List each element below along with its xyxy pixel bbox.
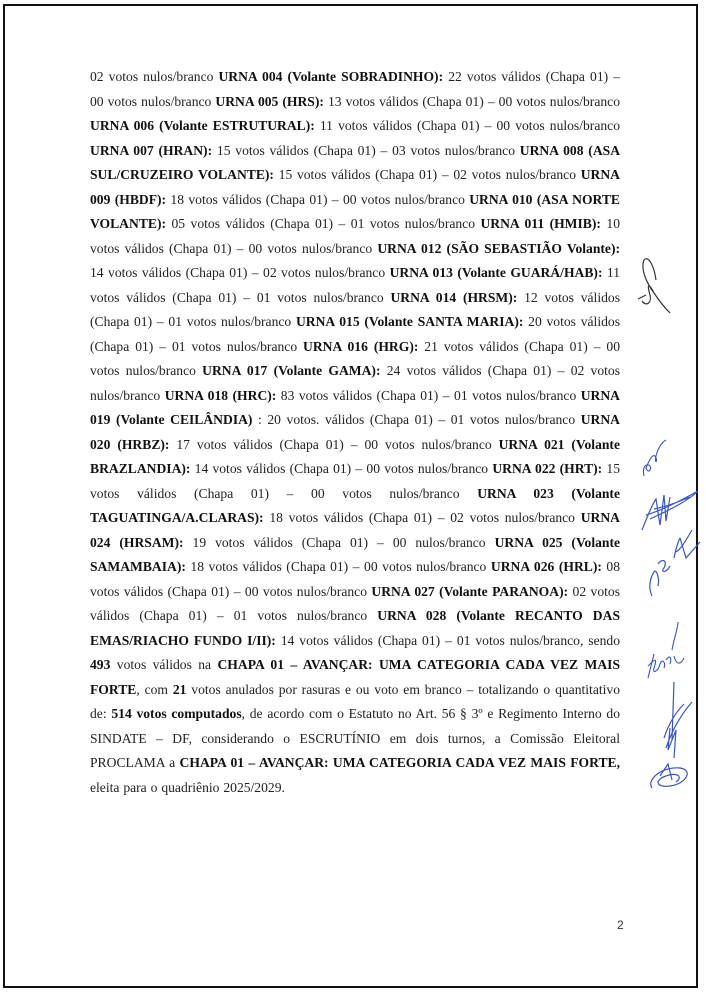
bold-run: URNA 004 (Volante SOBRADINHO): [218,69,443,84]
text-run: eleita para o quadriênio 2025/2029. [90,780,285,795]
bold-run: URNA 022 (HRT): [492,461,602,476]
bold-run: URNA 027 (Volante PARANOA): [371,584,568,599]
signature-initials-black [640,255,680,315]
text-run: 14 votos válidos (Chapa 01) – 02 votos n… [90,265,390,280]
bold-run: 493 [90,657,110,672]
bold-run: CHAPA 01 – AVANÇAR: UMA CATEGORIA CADA V… [180,755,620,770]
text-run: 02 votos nulos/branco [90,69,218,84]
bold-run: URNA 012 (SÃO SEBASTIÃO Volante): [377,241,620,256]
bold-run: 514 votos computados [111,706,241,721]
text-run: 05 votos válidos (Chapa 01) – 01 votos n… [166,216,480,231]
text-run: , com [136,682,172,697]
text-run: 17 votos válidos (Chapa 01) – 00 votos n… [169,437,498,452]
text-run: 13 votos válidos (Chapa 01) – 00 votos n… [324,94,620,109]
signature-blue-3 [646,528,702,598]
text-run: 15 votos válidos (Chapa 01) – 03 votos n… [212,143,520,158]
bold-run: URNA 014 (HRSM): [390,290,517,305]
text-run: 19 votos válidos (Chapa 01) – 00 nulos/b… [184,535,495,550]
bold-run: URNA 016 (HRG): [303,339,418,354]
bold-run: 21 [173,682,187,697]
text-run: 18 votos válidos (Chapa 01) – 02 votos n… [264,510,581,525]
bold-run: URNA 007 (HRAN): [90,143,212,158]
bold-run: URNA 006 (Volante ESTRUTURAL): [90,118,315,133]
election-results-paragraph: 02 votos nulos/branco URNA 004 (Volante … [90,65,620,800]
signature-blue-5 [646,680,696,795]
bold-run: URNA 011 (HMIB): [480,216,600,231]
bold-run: URNA 017 (Volante GAMA): [202,363,380,378]
bold-run: URNA 015 (Volante SANTA MARIA): [296,314,523,329]
text-run: 15 votos válidos (Chapa 01) – 02 votos n… [274,167,581,182]
text-run: votos válidos na [110,657,217,672]
text-run: 83 votos válidos (Chapa 01) – 01 votos n… [276,388,580,403]
text-run: 14 votos válidos (Chapa 01) – 01 votos n… [276,633,620,648]
page-number: 2 [617,918,624,932]
text-run: : 20 votos. válidos (Chapa 01) – 01 voto… [252,412,580,427]
text-run: 14 votos válidos (Chapa 01) – 00 votos n… [190,461,492,476]
text-run: 11 votos válidos (Chapa 01) – 00 votos n… [315,118,620,133]
bold-run: URNA 005 (HRS): [215,94,324,109]
signature-blue-4 [644,620,684,680]
text-run: 18 votos válidos (Chapa 01) – 00 votos n… [186,559,491,574]
bold-run: URNA 013 (Volante GUARÁ/HAB): [390,265,603,280]
bold-run: URNA 018 (HRC): [165,388,277,403]
signature-blue-1 [642,438,672,478]
bold-run: URNA 026 (HRL): [491,559,602,574]
text-run: 18 votos válidos (Chapa 01) – 00 votos n… [166,192,469,207]
